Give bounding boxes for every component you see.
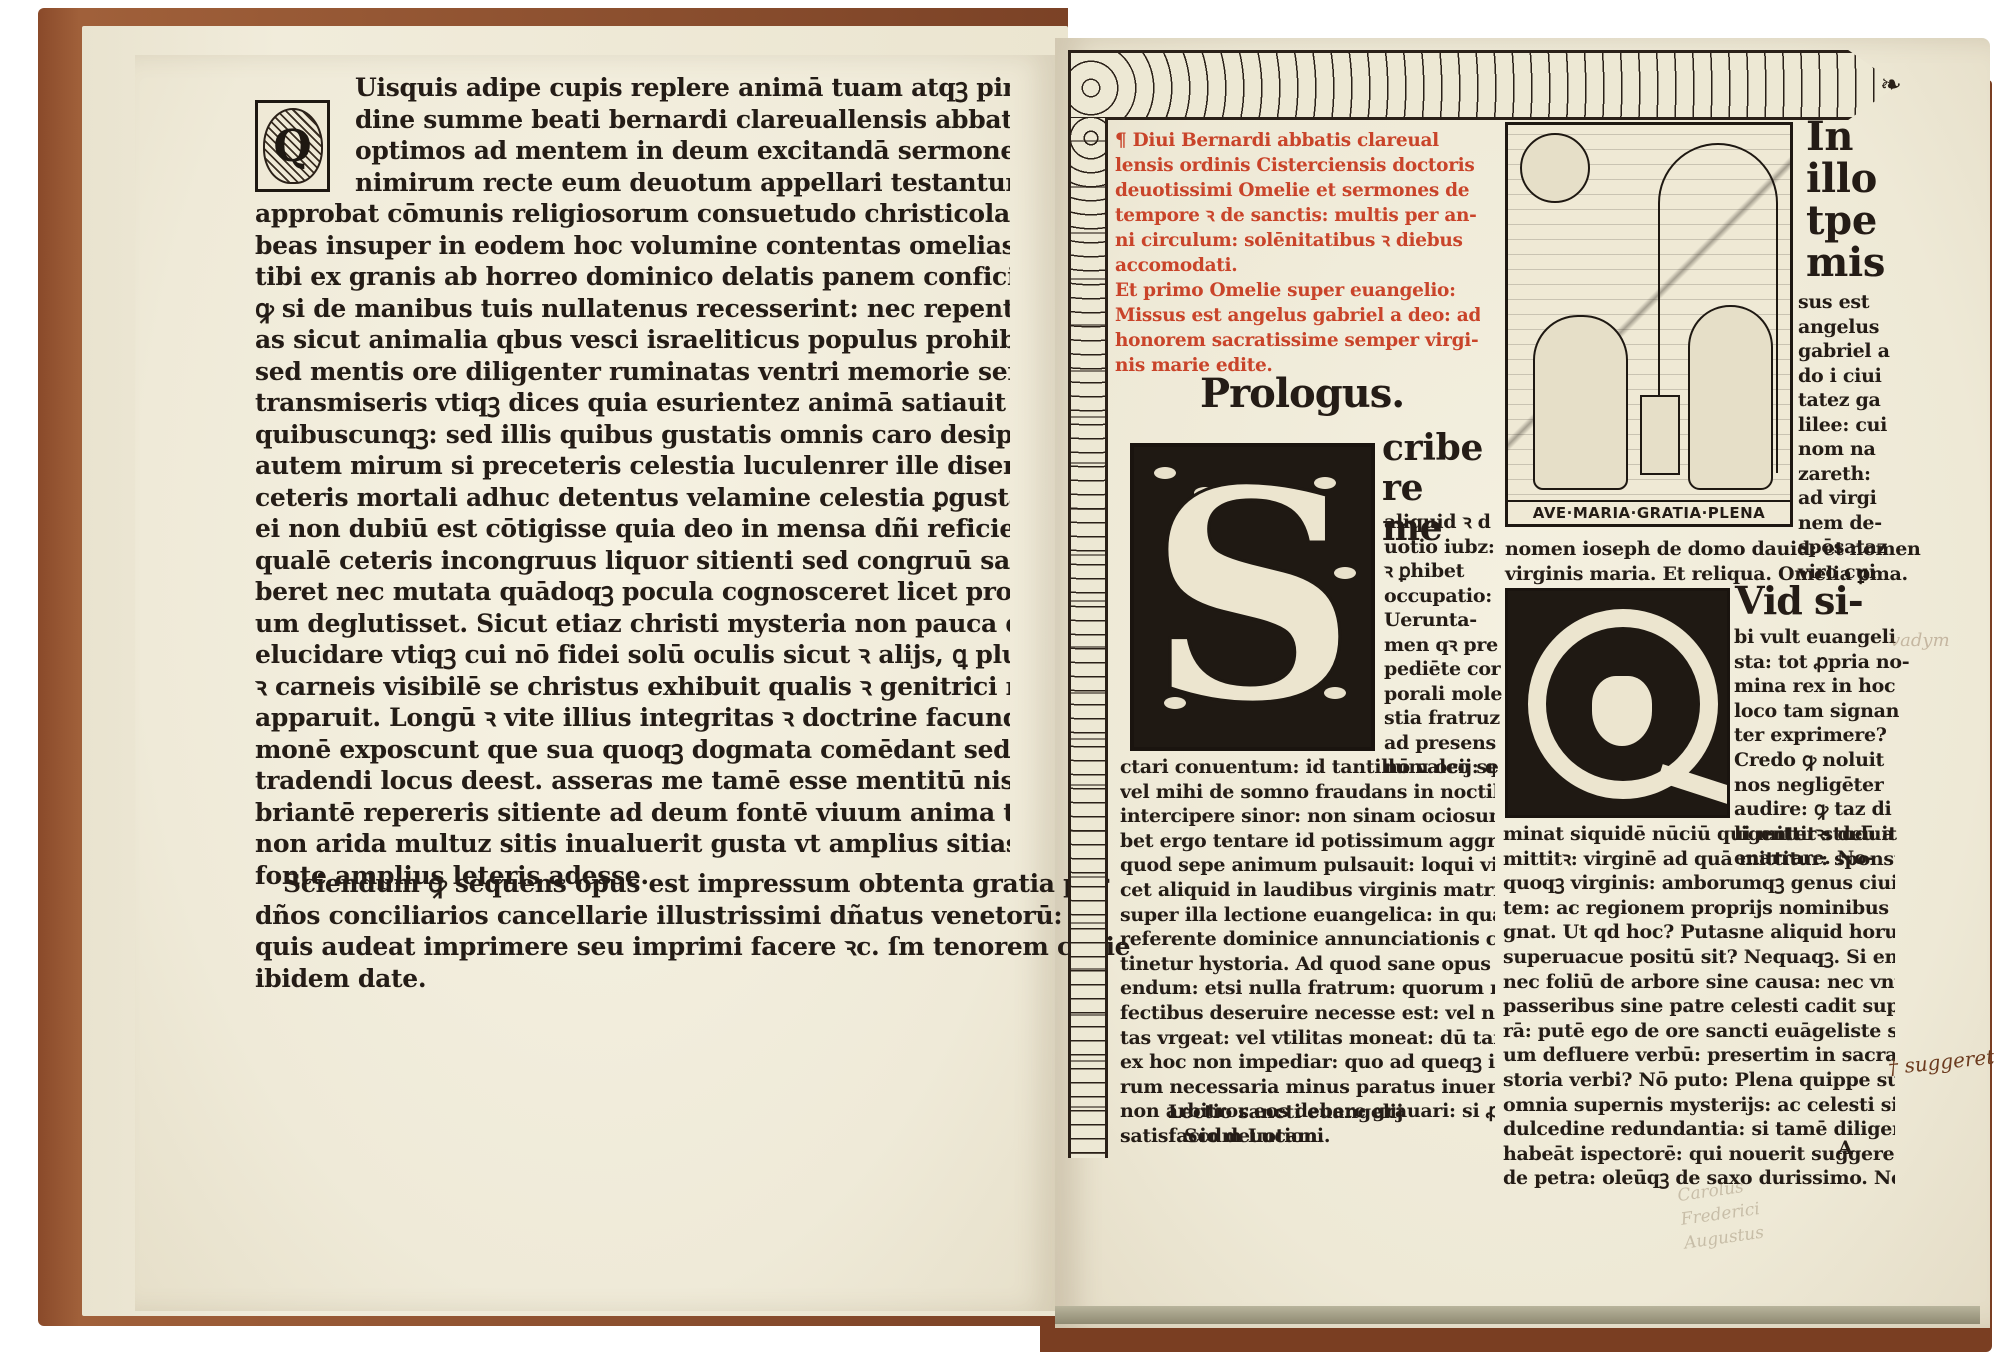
text-line: intercipere sinor: non sinam ociosum. Li… <box>1120 804 1495 829</box>
text-line: ꝛ ꝑhibet <box>1384 559 1494 584</box>
rubric-line: deuotissimi Omelie et sermones de <box>1115 178 1480 203</box>
text-line: optimos ad mentem in deum excitandā serm… <box>255 135 1010 167</box>
woodcut-border-top <box>1068 50 1898 120</box>
annunciation-woodcut: AVE·MARIA·GRATIA·PLENA <box>1505 122 1793 527</box>
angel-gabriel-figure <box>1533 315 1628 490</box>
rubric-line: ni circulum: solēnitatibus ꝛ diebus <box>1115 228 1480 253</box>
rubric-line: honorem sacratissime semper virgi- <box>1115 328 1480 353</box>
text-line: Credo ꝙ noluit <box>1734 748 1894 773</box>
green-man-face <box>1592 676 1652 746</box>
text-line: quod sepe animum pulsauit: loqui videli- <box>1120 853 1495 878</box>
text-line: briantē repereris sitiente ad deum fontē… <box>255 797 1010 829</box>
text-line: mittitꝛ: virginē ad quā mittitur: sponsu… <box>1503 847 1895 872</box>
rubric-line: tempore ꝛ de sanctis: multis per an- <box>1115 203 1480 228</box>
text-line: Uerunta- <box>1384 608 1494 633</box>
text-line: tibi ex granis ab horreo dominico delati… <box>255 261 1010 293</box>
border-finial-ornament: ❧ <box>1880 70 1910 100</box>
text-line: ter exprimere? <box>1734 723 1894 748</box>
text-line: um defluere verbū: presertim in sacra hy… <box>1503 1043 1895 1068</box>
text-line: tpe <box>1806 200 1886 242</box>
text-line: quibuscunqꝫ: sed illis quibus gustatis o… <box>255 419 1010 451</box>
text-line: Uisquis adipe cupis replere animā tuam a… <box>255 72 1010 104</box>
text-line: beret nec mutata quādoqꝫ pocula cognosce… <box>255 576 1010 608</box>
rubric-line: accomodati. <box>1115 253 1480 278</box>
virgin-mary-figure <box>1688 305 1773 490</box>
text-line: qualē ceteris incongruus liquor sitienti… <box>255 545 1010 577</box>
text-line: nec foliū de arbore sine causa: nec vnus… <box>1503 970 1895 995</box>
text-line: autem mirum si preceteris celestia lucul… <box>255 450 1010 482</box>
text-line: stia fratruz <box>1384 706 1494 731</box>
text-line: lilee: cui <box>1798 413 1894 438</box>
text-line: rum necessaria minus paratus inueniar: <box>1120 1075 1495 1100</box>
text-line: dine summe beati bernardi clareuallensis… <box>255 104 1010 136</box>
historiated-initial-s: S <box>1130 443 1375 751</box>
text-line: ibidem date. <box>255 963 1010 995</box>
green-man-initial-q <box>1505 588 1730 818</box>
text-line: ꝛ carneis visibilē se christus exhibuit … <box>255 671 1010 703</box>
text-line: illo <box>1806 158 1886 200</box>
text-line: ad virgi <box>1798 486 1894 511</box>
prologue-text: ctari conuentum: id tantillum ocij: quod… <box>1120 755 1495 1149</box>
lectio-heading: Lectio sancti euangelij Scdm Lucam. <box>1168 1100 1403 1148</box>
text-line: rā: putē ego de ore sancti euāgeliste su… <box>1503 1019 1895 1044</box>
text-line: mis <box>1806 242 1886 284</box>
text-line: nom na <box>1798 437 1894 462</box>
text-line: cet aliquid in laudibus virginis matris <box>1120 878 1495 903</box>
prologue-narrow-column: aliquid ꝛ d uotio iubz: ꝛ ꝑhibet occupat… <box>1384 510 1494 780</box>
text-line: tas vrgeat: vel vtilitas moneat: dū tame… <box>1120 1026 1495 1051</box>
text-line: quis audeat imprimere seu imprimi facere… <box>255 931 1010 963</box>
text-line: In <box>1806 116 1886 158</box>
text-line: ad presens <box>1384 731 1494 756</box>
text-line: dulcedine redundantia: si tamē diligentē <box>1503 1117 1895 1142</box>
text-line: angelus <box>1798 315 1894 340</box>
text-line: um deglutisset. Sicut etiaz christi myst… <box>255 608 1010 640</box>
text-line: ei non dubiū est cōtigisse quia deo in m… <box>255 513 1010 545</box>
text-line: loco tam signan <box>1734 699 1894 724</box>
text-line: nomen ioseph de domo dauid: et nomen <box>1505 537 1895 562</box>
text-line: ꝙ si de manibus tuis nullatenus recesser… <box>255 293 1010 325</box>
initial-letter: S <box>1148 452 1357 742</box>
text-line: referente dominice annunciationis con- <box>1120 927 1495 952</box>
text-line: approbat cōmunis religiosorum consuetudo… <box>255 198 1010 230</box>
text-line: monē exposcunt que sua quoqꝫ dogmata com… <box>255 734 1010 766</box>
text-line: do i ciui <box>1798 364 1894 389</box>
text-line: mina rex in hoc <box>1734 674 1894 699</box>
rubric-line: lensis ordinis Cisterciensis doctoris <box>1115 153 1480 178</box>
text-line: tradendi locus deest. asseras me tamē es… <box>255 765 1010 797</box>
text-line: audire: ꝙ taz di <box>1734 797 1894 822</box>
text-line: Lectio sancti euangelij <box>1168 1100 1403 1124</box>
woodcut-caption: AVE·MARIA·GRATIA·PLENA <box>1508 500 1790 524</box>
lectern <box>1640 395 1680 475</box>
rubric-line: ¶ Diui Bernardi abbatis clareual <box>1115 128 1480 153</box>
text-line: tem: ac regionem proprijs nominibus desi <box>1503 896 1895 921</box>
homily-text: minat siquidē nūciū qui mittitꝛ: deū a q… <box>1503 822 1895 1191</box>
text-line: endum: etsi nulla fratrum: quorum me pro <box>1120 976 1495 1001</box>
text-line: Sciendum ꝙ sequens opus est impressum ob… <box>255 868 1010 900</box>
text-line: ceteris mortali adhuc detentus velamine … <box>255 482 1010 514</box>
text-line: omnia supernis mysterijs: ac celesti sin… <box>1503 1093 1895 1118</box>
text-line: dños conciliarios cancellarie illustriss… <box>255 900 1010 932</box>
text-line: men qꝛ pre <box>1384 633 1494 658</box>
text-line: gabriel a <box>1798 339 1894 364</box>
text-line: superuacue positū sit? Nequaqꝫ. Si enim <box>1503 945 1895 970</box>
preface-text: Uisquis adipe cupis replere animā tuam a… <box>255 72 1010 891</box>
text-line: sus est <box>1798 290 1894 315</box>
text-line: tatez ga <box>1798 388 1894 413</box>
text-line: cribe <box>1382 428 1492 468</box>
text-line: vel mihi de somno fraudans in noctibus <box>1120 780 1495 805</box>
text-line: passeribus sine patre celesti cadit sup … <box>1503 994 1895 1019</box>
text-line: sed mentis ore diligenter ruminatas vent… <box>255 356 1010 388</box>
rubric-line: Missus est angelus gabriel a deo: ad <box>1115 303 1480 328</box>
text-line: ctari conuentum: id tantillum ocij: quod <box>1120 755 1495 780</box>
text-line: bet ergo tentare id potissimum aggredi: <box>1120 829 1495 854</box>
text-line: fectibus deseruire necesse est: vel nece… <box>1120 1001 1495 1026</box>
text-line: quoqꝫ virginis: amborumqꝫ genus ciuita <box>1503 871 1895 896</box>
prologue-heading: Prologus. <box>1200 370 1404 417</box>
text-line: apparuit. Longū ꝛ vite illius integritas… <box>255 702 1010 734</box>
text-line: porali mole <box>1384 682 1494 707</box>
text-line: bi vult euangeli <box>1734 625 1894 650</box>
signature-mark: A <box>1838 1137 1852 1159</box>
text-line: nimirum recte eum deuotum appellari test… <box>255 167 1010 199</box>
text-line: as sicut animalia qbus vesci israeliticu… <box>255 324 1010 356</box>
text-line: nem de- <box>1798 511 1894 536</box>
homily-incipit-large: Vid si- <box>1735 578 1863 623</box>
text-line: transmiseris vtiqꝫ dices quia esurientez… <box>255 387 1010 419</box>
text-line: ex hoc non impediar: quo ad queqꝫ ipso- <box>1120 1050 1495 1075</box>
text-line: non arida multuz sitis inualuerit gusta … <box>255 828 1010 860</box>
god-the-father-figure <box>1520 133 1590 203</box>
text-line: storia verbi? Nō puto: Plena quippe sunt <box>1503 1068 1895 1093</box>
text-line: tinetur hystoria. Ad quod sane opus faci… <box>1120 952 1495 977</box>
text-line: beas insuper in eodem hoc volumine conte… <box>255 230 1010 262</box>
text-line: minat siquidē nūciū qui mittitꝛ: deū a q… <box>1503 822 1895 847</box>
text-line: sta: tot ꝓpria no- <box>1734 650 1894 675</box>
woodcut-border-left <box>1068 118 1108 1158</box>
text-line: occupatio: <box>1384 584 1494 609</box>
text-line: super illa lectione euangelica: in qua l… <box>1120 903 1495 928</box>
page-edges <box>1055 1306 1980 1324</box>
rubricated-title: ¶ Diui Bernardi abbatis clareual lensis … <box>1115 128 1480 378</box>
text-line: uotio iubz: <box>1384 535 1494 560</box>
text-line: gnat. Ut qd hoc? Putasne aliquid horum <box>1503 920 1895 945</box>
text-line: pediēte cor <box>1384 657 1494 682</box>
text-line: Scdm Lucam. <box>1168 1124 1403 1148</box>
text-line: zareth: <box>1798 462 1894 487</box>
text-line: nos negligēter <box>1734 773 1894 798</box>
text-line: elucidare vtiqꝫ cui nō fidei solū oculis… <box>255 639 1010 671</box>
gospel-incipit-large: In illo tpe mis <box>1806 116 1886 284</box>
rubric-line: Et primo Omelie super euangelio: <box>1115 278 1480 303</box>
faded-margin-annotation: vadym <box>1890 630 1950 651</box>
privilege-colophon: Sciendum ꝙ sequens opus est impressum ob… <box>255 868 1010 994</box>
initial-q-tail <box>1657 764 1730 806</box>
text-line: aliquid ꝛ d <box>1384 510 1494 535</box>
